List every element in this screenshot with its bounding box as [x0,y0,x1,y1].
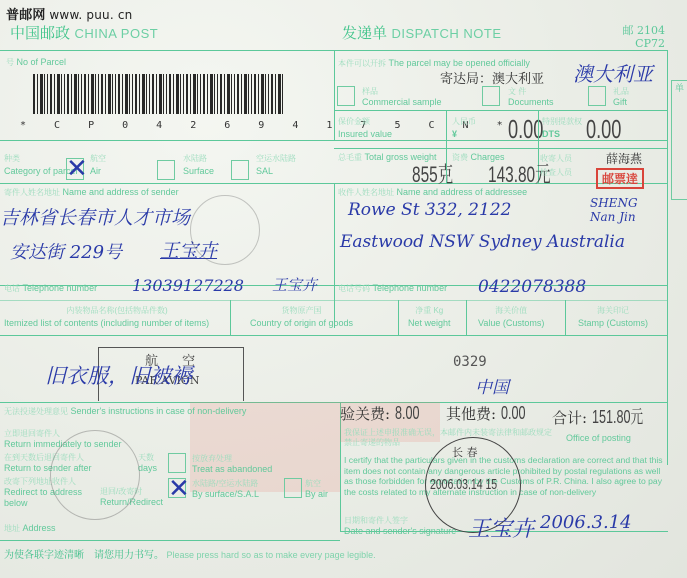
total-label: 合计: [552,409,587,427]
commercial-sample-checkbox[interactable] [337,86,355,106]
faded-postmark-sender [190,195,260,265]
clerk-stamp: 邮票逹 [596,168,644,189]
insured-value-label: 保价金额 Insured value [338,116,392,140]
customs-stamp-number: 0329 [453,354,487,370]
customs-stamp-header: 海关印记 Stamp (Customs) [578,305,648,329]
gift-checkbox[interactable] [588,86,606,106]
parcel-number-label: 号 No of Parcel [6,57,66,68]
non-delivery-label: 无法投递处理意见 Sender's instructions in case o… [4,406,246,417]
origin-header: 货物原产国 Country of origin of goods [250,305,353,329]
destination-office-handwritten: 澳大利亚 [573,58,653,87]
watermark-site-name: 普邮网 [6,7,46,22]
faded-postmark [50,430,140,520]
dts-label: 特别提款权 DTS [542,116,582,140]
air-check-mark: ✕ [66,156,88,182]
destination-office: 寄达局：澳大利亚 [440,68,544,87]
contents-header: 内装物品名称(包括物品件数) Itemized list of contents… [4,305,230,329]
rmb-label: 人民币 ¥ [452,116,476,140]
by-air-checkbox[interactable] [284,478,302,498]
customs-fee-label: 验关费: [340,405,390,423]
clerk-labels: 收寄人员 检查人员 [540,152,572,180]
form-code-number: 邮 2104 [623,24,666,37]
addressee-phone-label: 电话号码 Telephone number [338,283,447,294]
office-of-posting-label: Office of posting [566,433,631,443]
sal-label: 空运水陆路 SAL [256,153,296,177]
form-code-cp: CP72 [623,37,666,50]
title-en: DISPATCH NOTE [391,26,501,41]
sender-signature: 王宝卉 [468,512,534,543]
sender-label: 寄件人姓名地址 Name and address of sender [4,187,179,198]
brand-en: CHINA POST [74,26,158,41]
form-title: 发递单 DISPATCH NOTE [342,22,502,43]
by-air-label: 航空 By air [305,478,328,500]
watermark-url: www. puu. cn [49,8,132,22]
sender-address-line-2: 安达街 229号 [10,238,122,264]
barcode [33,74,283,114]
footer-cn: 为使各联字迹清晰 请您用力书写。 [4,550,164,561]
addressee-street: Rowe St 332, 2122 [348,200,511,220]
form-code: 邮 2104 CP72 [623,24,666,50]
by-surface-check-mark: ✕ [168,476,190,502]
fees-row: 验关费: 8.00 [340,403,430,424]
postmark-city: 长 春 [452,444,478,460]
site-watermark: 普邮网 www. puu. cn [6,4,132,23]
addressee-phone: 0422078388 [478,277,586,297]
brand: 中国邮政 CHINA POST [10,22,158,43]
surface-label: 水陆路 Surface [183,153,214,177]
net-weight-header: 净重 Kg Net weight [408,305,451,329]
commercial-sample-label: 样品 Commercial sample [362,86,442,108]
customs-fee-value: 8.00 [395,403,420,424]
treat-abandoned-label: 按放弃处理 Treat as abandoned [192,453,272,475]
contents-item: 旧衣服，旧被褥 [45,360,192,390]
sender-address-line-1: 吉林省长春市人才市场 [0,203,190,230]
footer-note: 为使各联字迹清晰 请您用力书写。 Please press hard so as… [4,546,376,561]
sender-phone: 13039127228 [132,276,244,295]
postmark-date: 2006.03.14 15 [430,476,497,493]
redirect-address-label: 地址 Address [4,523,56,534]
by-surface-label: 水陆路/空运水陆路 By surface/S.A.L [192,478,259,500]
addressee-label: 收件人姓名地址 Name and address of addressee [338,187,527,198]
air-label: 航空 Air [90,153,106,177]
barcode-number: * C P 0 4 2 6 9 4 1 7 5 C N * [20,120,514,131]
sender-phone-signature: 王宝卉 [272,274,317,295]
documents-label: 文 件 Documents [508,86,554,108]
title-cn: 发递单 [342,25,387,42]
dispatch-note-form: 普邮网 www. puu. cn 中国邮政 CHINA POST 发递单 DIS… [0,0,687,578]
footer-en: Please press hard so as to make every pa… [167,550,376,560]
other-fee-label: 其他费: [446,405,496,423]
value-header: 海关价值 Value (Customs) [478,305,544,329]
total-value: 151.80元 [592,403,643,429]
other-fee-value: 0.00 [501,403,526,424]
sender-phone-label: 电话 Telephone number [4,283,97,294]
clerk-name: 薛海燕 [606,150,642,167]
total-fee: 合计: 151.80元 [552,403,665,429]
insured-dts-value: 0.00 [586,114,621,145]
country-of-origin: 中国 [475,373,509,398]
treat-abandoned-checkbox[interactable] [168,453,186,473]
sal-checkbox[interactable] [231,160,249,180]
documents-checkbox[interactable] [482,86,500,106]
brand-cn: 中国邮政 [10,25,70,42]
surface-checkbox[interactable] [157,160,175,180]
copy-indicator-strip: 发寄局留存联第一联发递单 [671,80,687,200]
addressee-name: SHENG Nan Jin [590,196,638,224]
days-suffix: 天数 days [138,452,157,474]
gift-label: 礼品 Gift [613,86,629,108]
other-fee: 其他费: 0.00 [446,403,536,424]
addressee-city-country: Eastwood NSW Sydney Australia [340,232,625,252]
signature-date: 2006.3.14 [540,512,632,533]
